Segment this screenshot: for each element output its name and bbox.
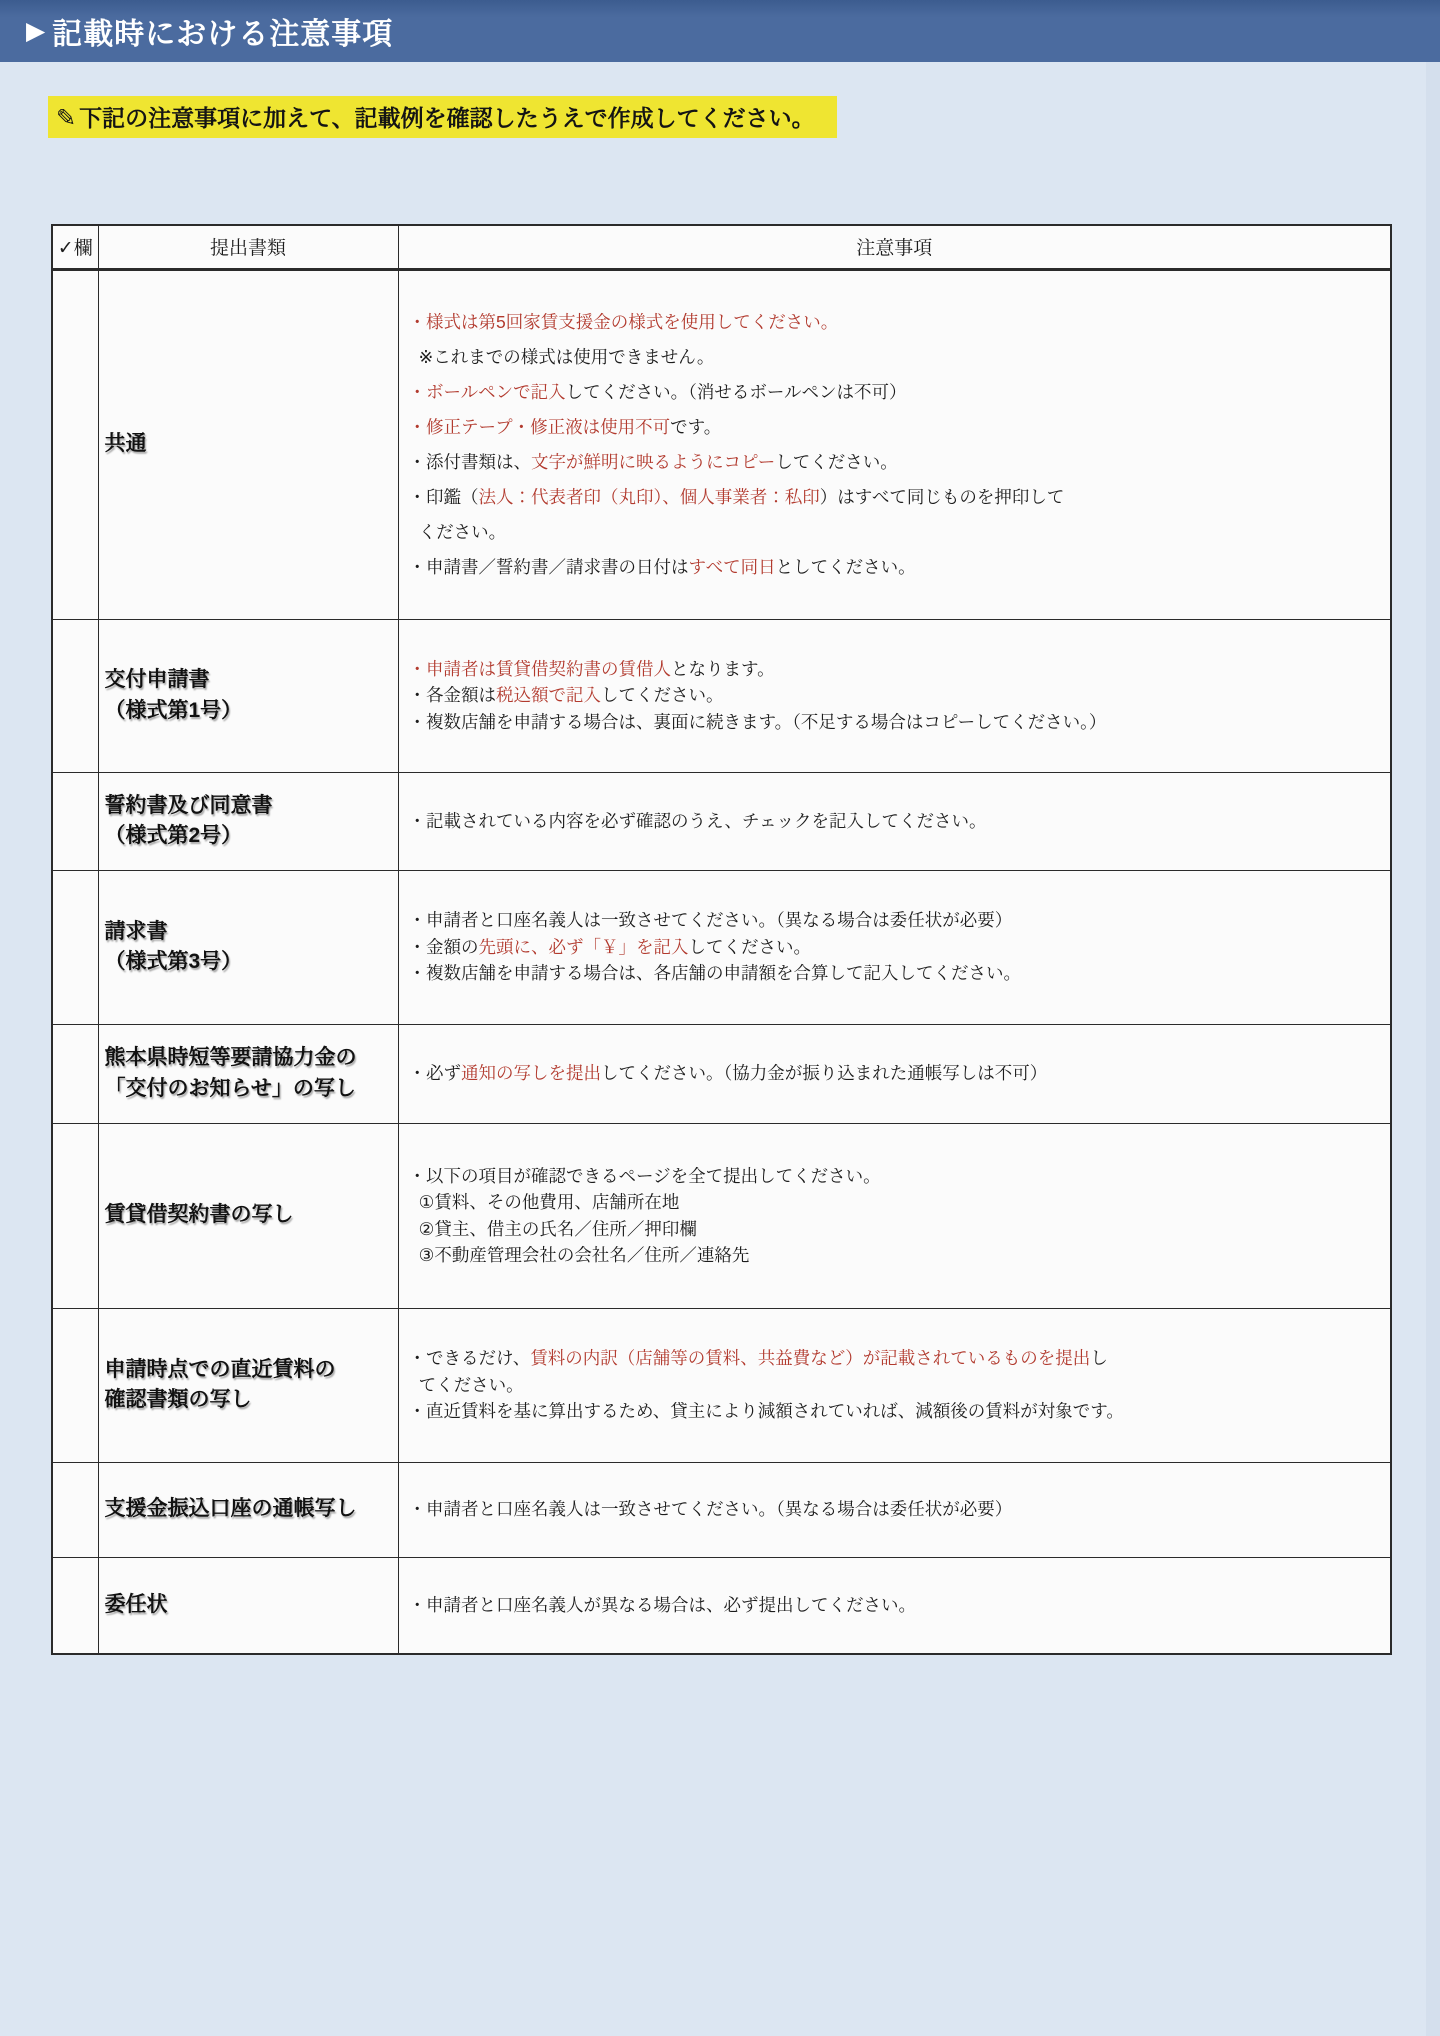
page-title-bar: ▶ 記載時における注意事項: [0, 0, 1440, 62]
document-name-cell: 請求書（様式第3号）: [98, 870, 398, 1024]
document-name-cell: 支援金振込口座の通帳写し: [98, 1462, 398, 1557]
note-text: すべて同日: [689, 557, 776, 577]
document-name-cell: 共通: [98, 269, 398, 619]
document-name-line: 委任状: [105, 1590, 394, 1620]
document-page: { "colors":{ "header_bg":"#4b6b9f", "hig…: [0, 0, 1440, 2036]
note-line: ①賃料、その他費用、店舗所在地: [409, 1189, 1375, 1216]
document-name-line: （様式第2号）: [105, 821, 394, 851]
note-line: ・複数店舗を申請する場合は、裏面に続きます。（不足する場合はコピーしてください。…: [409, 709, 1375, 736]
pencil-icon: ✎: [56, 105, 76, 132]
document-name-line: 「交付のお知らせ」の写し: [105, 1074, 394, 1104]
note-text: 文字が鮮明に映るようにコピー: [531, 452, 775, 472]
note-line: ください。: [409, 515, 1375, 550]
note-text: ※これまでの様式は使用できません。: [419, 347, 715, 367]
table-row: 誓約書及び同意書（様式第2号）・記載されている内容を必ず確認のうえ、チェックを記…: [52, 772, 1391, 870]
submission-documents-table: ✓欄 提出書類 注意事項 共通・様式は第5回家賃支援金の様式を使用してください。…: [51, 224, 1392, 1655]
note-line: ・申請者と口座名義人は一致させてください。（異なる場合は委任状が必要）: [409, 907, 1375, 934]
page-title: 記載時における注意事項: [52, 9, 393, 53]
note-text: 賃料の内訳（店舗等の賃料、共益費など）が記載されているものを提出: [530, 1348, 1090, 1368]
note-text: ・必ず: [409, 1063, 462, 1083]
check-cell: [52, 1557, 98, 1654]
table-row: 共通・様式は第5回家賃支援金の様式を使用してください。※これまでの様式は使用でき…: [52, 269, 1391, 619]
check-cell: [52, 870, 98, 1024]
note-text: ・金額の: [409, 937, 479, 957]
document-name-line: （様式第3号）: [105, 947, 394, 977]
table-row: 支援金振込口座の通帳写し・申請者と口座名義人は一致させてください。（異なる場合は…: [52, 1462, 1391, 1557]
note-text: ・添付書類は、: [409, 452, 532, 472]
note-line: ・ボールペンで記入してください。（消せるボールペンは不可）: [409, 375, 1375, 410]
document-name-line: 熊本県時短等要請協力金の: [105, 1043, 394, 1073]
note-text: ・申請書／誓約書／請求書の日付は: [409, 557, 689, 577]
note-line: ・様式は第5回家賃支援金の様式を使用してください。: [409, 305, 1375, 340]
document-name-line: （様式第1号）: [105, 696, 394, 726]
note-text: し: [1090, 1348, 1108, 1368]
document-name-cell: 委任状: [98, 1557, 398, 1654]
note-line: ・記載されている内容を必ず確認のうえ、チェックを記入してください。: [409, 808, 1375, 835]
note-line: ・直近賃料を基に算出するため、貸主により減額されていれば、減額後の賃料が対象です…: [409, 1398, 1375, 1425]
notice-banner: ✎下記の注意事項に加えて、記載例を確認したうえで作成してください。: [48, 96, 837, 138]
note-text: ・印鑑（: [409, 487, 479, 507]
notes-cell: ・申請者は賃貸借契約書の賃借人となります。・各金額は税込額で記入してください。・…: [398, 619, 1391, 772]
table-row: 請求書（様式第3号）・申請者と口座名義人は一致させてください。（異なる場合は委任…: [52, 870, 1391, 1024]
note-line: ・以下の項目が確認できるページを全て提出してください。: [409, 1163, 1375, 1190]
table-row: 申請時点での直近賃料の確認書類の写し・できるだけ、賃料の内訳（店舗等の賃料、共益…: [52, 1308, 1391, 1462]
note-text: てください。: [419, 1375, 524, 1395]
table-row: 委任状・申請者と口座名義人が異なる場合は、必ず提出してください。: [52, 1557, 1391, 1654]
note-line: ・印鑑（法人：代表者印（丸印）、個人事業者：私印）はすべて同じものを押印して: [409, 480, 1375, 515]
check-cell: [52, 619, 98, 772]
document-name-cell: 申請時点での直近賃料の確認書類の写し: [98, 1308, 398, 1462]
note-text: ください。: [419, 522, 507, 542]
notes-cell: ・様式は第5回家賃支援金の様式を使用してください。※これまでの様式は使用できませ…: [398, 269, 1391, 619]
column-header-check: ✓欄: [52, 225, 98, 269]
table-row: 交付申請書（様式第1号）・申請者は賃貸借契約書の賃借人となります。・各金額は税込…: [52, 619, 1391, 772]
check-cell: [52, 772, 98, 870]
document-name-cell: 賃貸借契約書の写し: [98, 1123, 398, 1308]
note-line: ・複数店舗を申請する場合は、各店舗の申請額を合算して記入してください。: [409, 960, 1375, 987]
document-name-line: 誓約書及び同意書: [105, 791, 394, 821]
note-text: してください。: [601, 685, 724, 705]
note-text: ・できるだけ、: [409, 1348, 531, 1368]
note-text: となります。: [671, 659, 775, 679]
notice-text: 下記の注意事項に加えて、記載例を確認したうえで作成してください。: [79, 105, 815, 131]
note-text: 先頭に、必ず「￥」を記入: [479, 937, 689, 957]
notes-cell: ・以下の項目が確認できるページを全て提出してください。①賃料、その他費用、店舗所…: [398, 1123, 1391, 1308]
note-text: ・申請者と口座名義人が異なる場合は、必ず提出してください。: [409, 1595, 917, 1615]
document-name-cell: 誓約書及び同意書（様式第2号）: [98, 772, 398, 870]
note-line: ※これまでの様式は使用できません。: [409, 340, 1375, 375]
note-line: ・できるだけ、賃料の内訳（店舗等の賃料、共益費など）が記載されているものを提出し: [409, 1345, 1375, 1372]
note-text: ・様式は第5回家賃支援金の様式を使用してください。: [409, 312, 839, 332]
note-text: してください。: [775, 452, 898, 472]
note-line: ・添付書類は、文字が鮮明に映るようにコピーしてください。: [409, 445, 1375, 480]
document-name-line: 支援金振込口座の通帳写し: [105, 1494, 394, 1524]
note-line: ・各金額は税込額で記入してください。: [409, 682, 1375, 709]
document-name-line: 確認書類の写し: [105, 1385, 394, 1415]
note-line: ・修正テープ・修正液は使用不可です。: [409, 410, 1375, 445]
document-name-line: 申請時点での直近賃料の: [105, 1355, 394, 1385]
note-text: ・直近賃料を基に算出するため、貸主により減額されていれば、減額後の賃料が対象です…: [409, 1401, 1124, 1421]
note-text: してください。: [689, 937, 812, 957]
check-cell: [52, 1462, 98, 1557]
table-row: 賃貸借契約書の写し・以下の項目が確認できるページを全て提出してください。①賃料、…: [52, 1123, 1391, 1308]
column-header-notes: 注意事項: [398, 225, 1391, 269]
notes-cell: ・必ず通知の写しを提出してください。（協力金が振り込まれた通帳写しは不可）: [398, 1024, 1391, 1123]
note-text: してください。（協力金が振り込まれた通帳写しは不可）: [601, 1063, 1047, 1083]
notes-cell: ・できるだけ、賃料の内訳（店舗等の賃料、共益費など）が記載されているものを提出し…: [398, 1308, 1391, 1462]
check-cell: [52, 1024, 98, 1123]
note-text: ・以下の項目が確認できるページを全て提出してください。: [409, 1166, 881, 1186]
note-text: ③不動産管理会社の会社名／住所／連絡先: [419, 1245, 750, 1265]
note-line: ・申請書／誓約書／請求書の日付はすべて同日としてください。: [409, 550, 1375, 585]
note-text: してください。（消せるボールペンは不可）: [566, 382, 907, 402]
notes-cell: ・申請者と口座名義人は一致させてください。（異なる場合は委任状が必要）: [398, 1462, 1391, 1557]
triangle-arrow-icon: ▶: [26, 19, 46, 44]
note-text: ・各金額は: [409, 685, 497, 705]
note-text: ①賃料、その他費用、店舗所在地: [419, 1192, 680, 1212]
note-text: ・ボールペンで記入: [409, 382, 566, 402]
table-header-row: ✓欄 提出書類 注意事項: [52, 225, 1391, 269]
note-text: ）はすべて同じものを押印して: [820, 487, 1065, 507]
column-header-document: 提出書類: [98, 225, 398, 269]
note-line: てください。: [409, 1372, 1375, 1399]
note-text: ・複数店舗を申請する場合は、裏面に続きます。（不足する場合はコピーしてください。…: [409, 712, 1107, 732]
note-text: ・修正テープ・修正液は使用不可: [409, 417, 671, 437]
note-line: ・必ず通知の写しを提出してください。（協力金が振り込まれた通帳写しは不可）: [409, 1060, 1375, 1087]
note-line: ③不動産管理会社の会社名／住所／連絡先: [409, 1242, 1375, 1269]
note-text: 通知の写しを提出: [461, 1063, 601, 1083]
document-name-cell: 熊本県時短等要請協力金の「交付のお知らせ」の写し: [98, 1024, 398, 1123]
note-text: 税込額で記入: [496, 685, 601, 705]
note-text: ・申請者と口座名義人は一致させてください。（異なる場合は委任状が必要）: [409, 910, 1013, 930]
notes-cell: ・記載されている内容を必ず確認のうえ、チェックを記入してください。: [398, 772, 1391, 870]
check-cell: [52, 269, 98, 619]
document-name-line: 交付申請書: [105, 665, 394, 695]
check-cell: [52, 1123, 98, 1308]
document-name-line: 請求書: [105, 917, 394, 947]
document-name-line: 賃貸借契約書の写し: [105, 1200, 394, 1230]
note-line: ・申請者と口座名義人が異なる場合は、必ず提出してください。: [409, 1592, 1375, 1619]
note-text: 法人：代表者印（丸印）、個人事業者：私印: [479, 487, 820, 507]
document-name-line: 共通: [105, 429, 394, 459]
note-line: ・申請者と口座名義人は一致させてください。（異なる場合は委任状が必要）: [409, 1496, 1375, 1523]
document-name-cell: 交付申請書（様式第1号）: [98, 619, 398, 772]
notes-cell: ・申請者と口座名義人が異なる場合は、必ず提出してください。: [398, 1557, 1391, 1654]
notes-cell: ・申請者と口座名義人は一致させてください。（異なる場合は委任状が必要）・金額の先…: [398, 870, 1391, 1024]
note-text: ・記載されている内容を必ず確認のうえ、チェックを記入してください。: [409, 811, 987, 831]
note-text: です。: [670, 417, 721, 437]
note-line: ②貸主、借主の氏名／住所／押印欄: [409, 1216, 1375, 1243]
note-text: ・申請者と口座名義人は一致させてください。（異なる場合は委任状が必要）: [409, 1499, 1013, 1519]
note-text: ②貸主、借主の氏名／住所／押印欄: [419, 1219, 697, 1239]
table-row: 熊本県時短等要請協力金の「交付のお知らせ」の写し・必ず通知の写しを提出してくださ…: [52, 1024, 1391, 1123]
note-line: ・申請者は賃貸借契約書の賃借人となります。: [409, 656, 1375, 683]
note-text: としてください。: [776, 557, 916, 577]
note-text: ・複数店舗を申請する場合は、各店舗の申請額を合算して記入してください。: [409, 963, 1022, 983]
check-cell: [52, 1308, 98, 1462]
note-text: ・申請者は賃貸借契約書の賃借人: [409, 659, 672, 679]
note-line: ・金額の先頭に、必ず「￥」を記入してください。: [409, 934, 1375, 961]
